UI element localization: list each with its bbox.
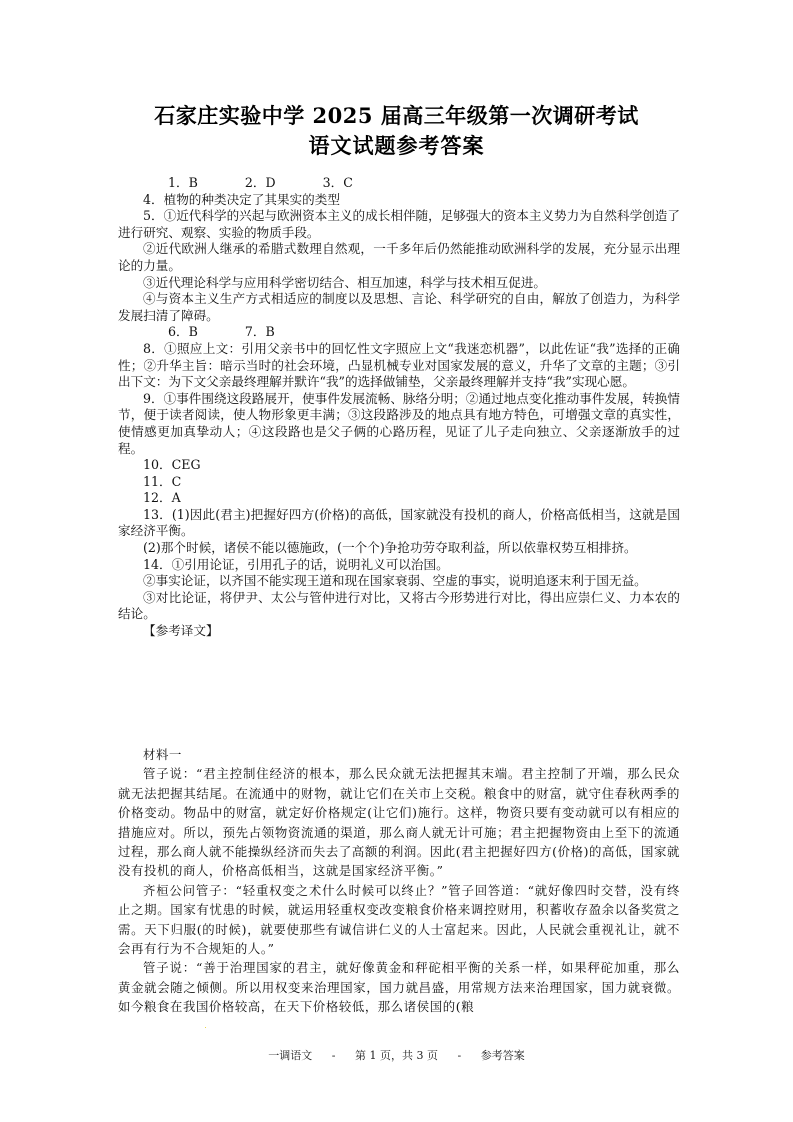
footer-separator: - (332, 1049, 336, 1062)
translation-paragraph-3: 管子说：“善于治理国家的君主，就好像黄金和秤砣相平衡的关系一样，如果秤砣加重，那… (118, 958, 680, 1016)
answer-q11: 11．C (118, 474, 680, 491)
page-footer: 一调语文 - 第 1 页，共 3 页 - 参考答案 (0, 1047, 793, 1063)
answer-q6: 6．B (143, 324, 198, 341)
footer-separator: - (457, 1049, 461, 1062)
answer-q1: 1．B (143, 175, 198, 192)
footer-page-number: 第 1 页，共 3 页 (355, 1049, 438, 1062)
answers-q6-7: 6．B7．B (118, 324, 680, 341)
footer-doc-type: 参考答案 (481, 1049, 525, 1062)
answer-q13-part2: (2)那个时候，诸侯不能以德施政，(一个个)争抢功劳夺取利益，所以依靠权势互相排… (118, 540, 680, 557)
answer-q14-point3: ③对比论证，将伊尹、太公与管仲进行对比，又将古今形势进行对比，得出应崇仁义、力本… (118, 590, 680, 623)
answer-q10: 10．CEG (118, 457, 680, 474)
answer-q7: 7．B (220, 324, 275, 341)
answer-q5-point2: ②近代欧洲人继承的希腊式数理自然观，一千多年后仍然能推动欧洲科学的发展，充分显示… (118, 241, 680, 274)
answer-q12: 12．A (118, 490, 680, 507)
answer-q3: 3．C (298, 175, 353, 192)
answers-q1-3: 1．B2．D3．C (118, 175, 680, 192)
answer-q4: 4．植物的种类决定了其果实的类型 (118, 192, 680, 209)
answer-q13-part1: 13．(1)因此(君主)把握好四方(价格)的高低，国家就没有投机的商人，价格高低… (118, 507, 680, 540)
answer-q5-point1: 5．①近代科学的兴起与欧洲资本主义的成长相伴随，足够强大的资本主义势力为自然科学… (118, 208, 680, 241)
document-subtitle: 语文试题参考答案 (0, 130, 793, 160)
artifact-dot (205, 1027, 206, 1028)
answer-q5-point4: ④与资本主义生产方式相适应的制度以及思想、言论、科学研究的自由，解放了创造力，为… (118, 291, 680, 324)
answer-q14-point2: ②事实论证，以齐国不能实现王道和现在国家衰弱、空虚的事实，说明追逐末利于国无益。 (118, 573, 680, 590)
translation-heading: 【参考译文】 (118, 623, 680, 640)
answer-q9: 9．①事件围绕这段路展开，使事件发展流畅、脉络分明；②通过地点变化推动事件发展，… (118, 391, 680, 457)
material-label: 材料一 (118, 745, 680, 764)
document-title: 石家庄实验中学 2025 届高三年级第一次调研考试 (0, 100, 793, 130)
answer-q2: 2．D (220, 175, 276, 192)
translation-paragraph-1: 管子说：“君主控制住经济的根本，那么民众就无法把握其末端。君主控制了开端，那么民… (118, 764, 680, 880)
answer-q5-point3: ③近代理论科学与应用科学密切结合、相互加速，科学与技术相互促进。 (118, 275, 680, 292)
translation-paragraph-2: 齐桓公问管子：“轻重权变之术什么时候可以终止？”管子回答道：“就好像四时交替，没… (118, 881, 680, 959)
answers-section: 1．B2．D3．C 4．植物的种类决定了其果实的类型 5．①近代科学的兴起与欧洲… (118, 175, 680, 640)
answer-q14-point1: 14．①引用论证，引用孔子的话，说明礼义可以治国。 (118, 557, 680, 574)
footer-subject: 一调语文 (268, 1049, 312, 1062)
translation-section: 材料一 管子说：“君主控制住经济的根本，那么民众就无法把握其末端。君主控制了开端… (118, 745, 680, 1017)
answer-q8: 8．①照应上文：引用父亲书中的回忆性文字照应上文“我迷恋机器”，以此佐证“我”选… (118, 341, 680, 391)
document-page: 石家庄实验中学 2025 届高三年级第一次调研考试 语文试题参考答案 1．B2．… (0, 0, 793, 1122)
